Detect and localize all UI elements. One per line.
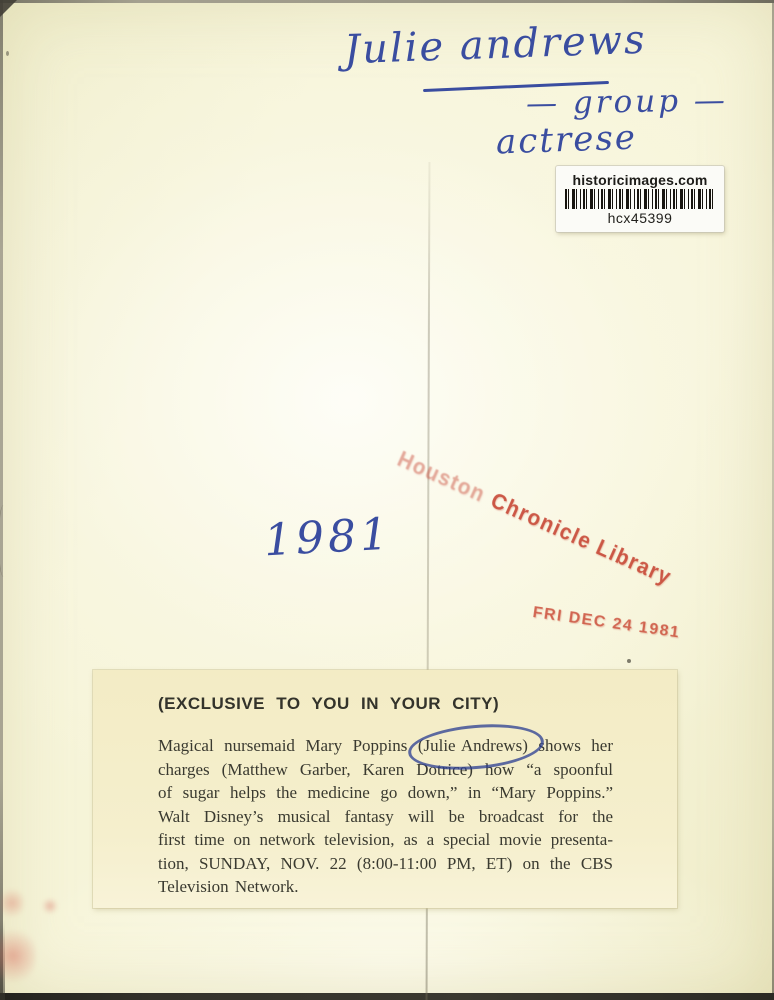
handwritten-name: Julie andrews — [343, 17, 647, 74]
clipping-line-6: tion, SUNDAY, NOV. 22 (8:00-11:00 PM, ET… — [158, 852, 613, 876]
date-stamp: FRI DEC 24 1981 — [531, 604, 681, 643]
photo-top-edge — [0, 0, 774, 3]
clipping-line-4: Walt Disney’s musical fantasy will be br… — [158, 805, 613, 829]
red-ink-smudge — [0, 886, 24, 920]
clipping-body: Magical nursemaid Mary Poppins (Julie An… — [158, 734, 613, 899]
sticker-domain-text: historicimages.com — [572, 172, 707, 188]
library-stamp-word1: Houston — [394, 446, 490, 507]
clipping-line-3: of sugar helps the medicine go down,” in… — [158, 781, 613, 805]
handwritten-role-note: actrese — [495, 118, 637, 163]
red-ink-smudge — [42, 898, 58, 914]
library-stamp-rest: Chronicle Library — [487, 488, 675, 590]
clipped-corner — [0, 0, 17, 17]
photo-back-paper: Julie andrews — group — actrese 1981 his… — [0, 0, 774, 1000]
clipping-line-5: first time on network television, as a s… — [158, 828, 613, 852]
library-stamp: HoustonChronicle Library — [393, 446, 675, 591]
handwritten-group-note: — group — — [526, 82, 728, 122]
barcode-icon — [565, 189, 715, 209]
red-ink-smudge — [0, 925, 36, 987]
sticker-code-text: hcx45399 — [608, 210, 673, 226]
edge-scratch-mark — [0, 505, 9, 577]
photo-bottom-border — [0, 993, 774, 1000]
barcode-sticker: historicimages.com hcx45399 — [556, 166, 724, 232]
dust-speck — [6, 51, 9, 56]
clipping-headline: (EXCLUSIVE TO YOU IN YOUR CITY) — [158, 694, 613, 714]
photo-left-edge — [0, 0, 3, 1000]
clipping-line-2: charges (Matthew Garber, Karen Dotrice) … — [158, 758, 613, 782]
clipping-line-1: Magical nursemaid Mary Poppins (Julie An… — [158, 734, 613, 758]
handwritten-year: 1981 — [263, 509, 393, 567]
clipping-line-7: Television Network. — [158, 875, 613, 899]
dust-speck — [627, 659, 631, 663]
circled-text: (Julie Andrews) — [418, 734, 528, 758]
press-clipping: (EXCLUSIVE TO YOU IN YOUR CITY) Magical … — [93, 670, 677, 908]
line1-pre-text: Magical nursemaid Mary Poppins — [158, 736, 418, 755]
